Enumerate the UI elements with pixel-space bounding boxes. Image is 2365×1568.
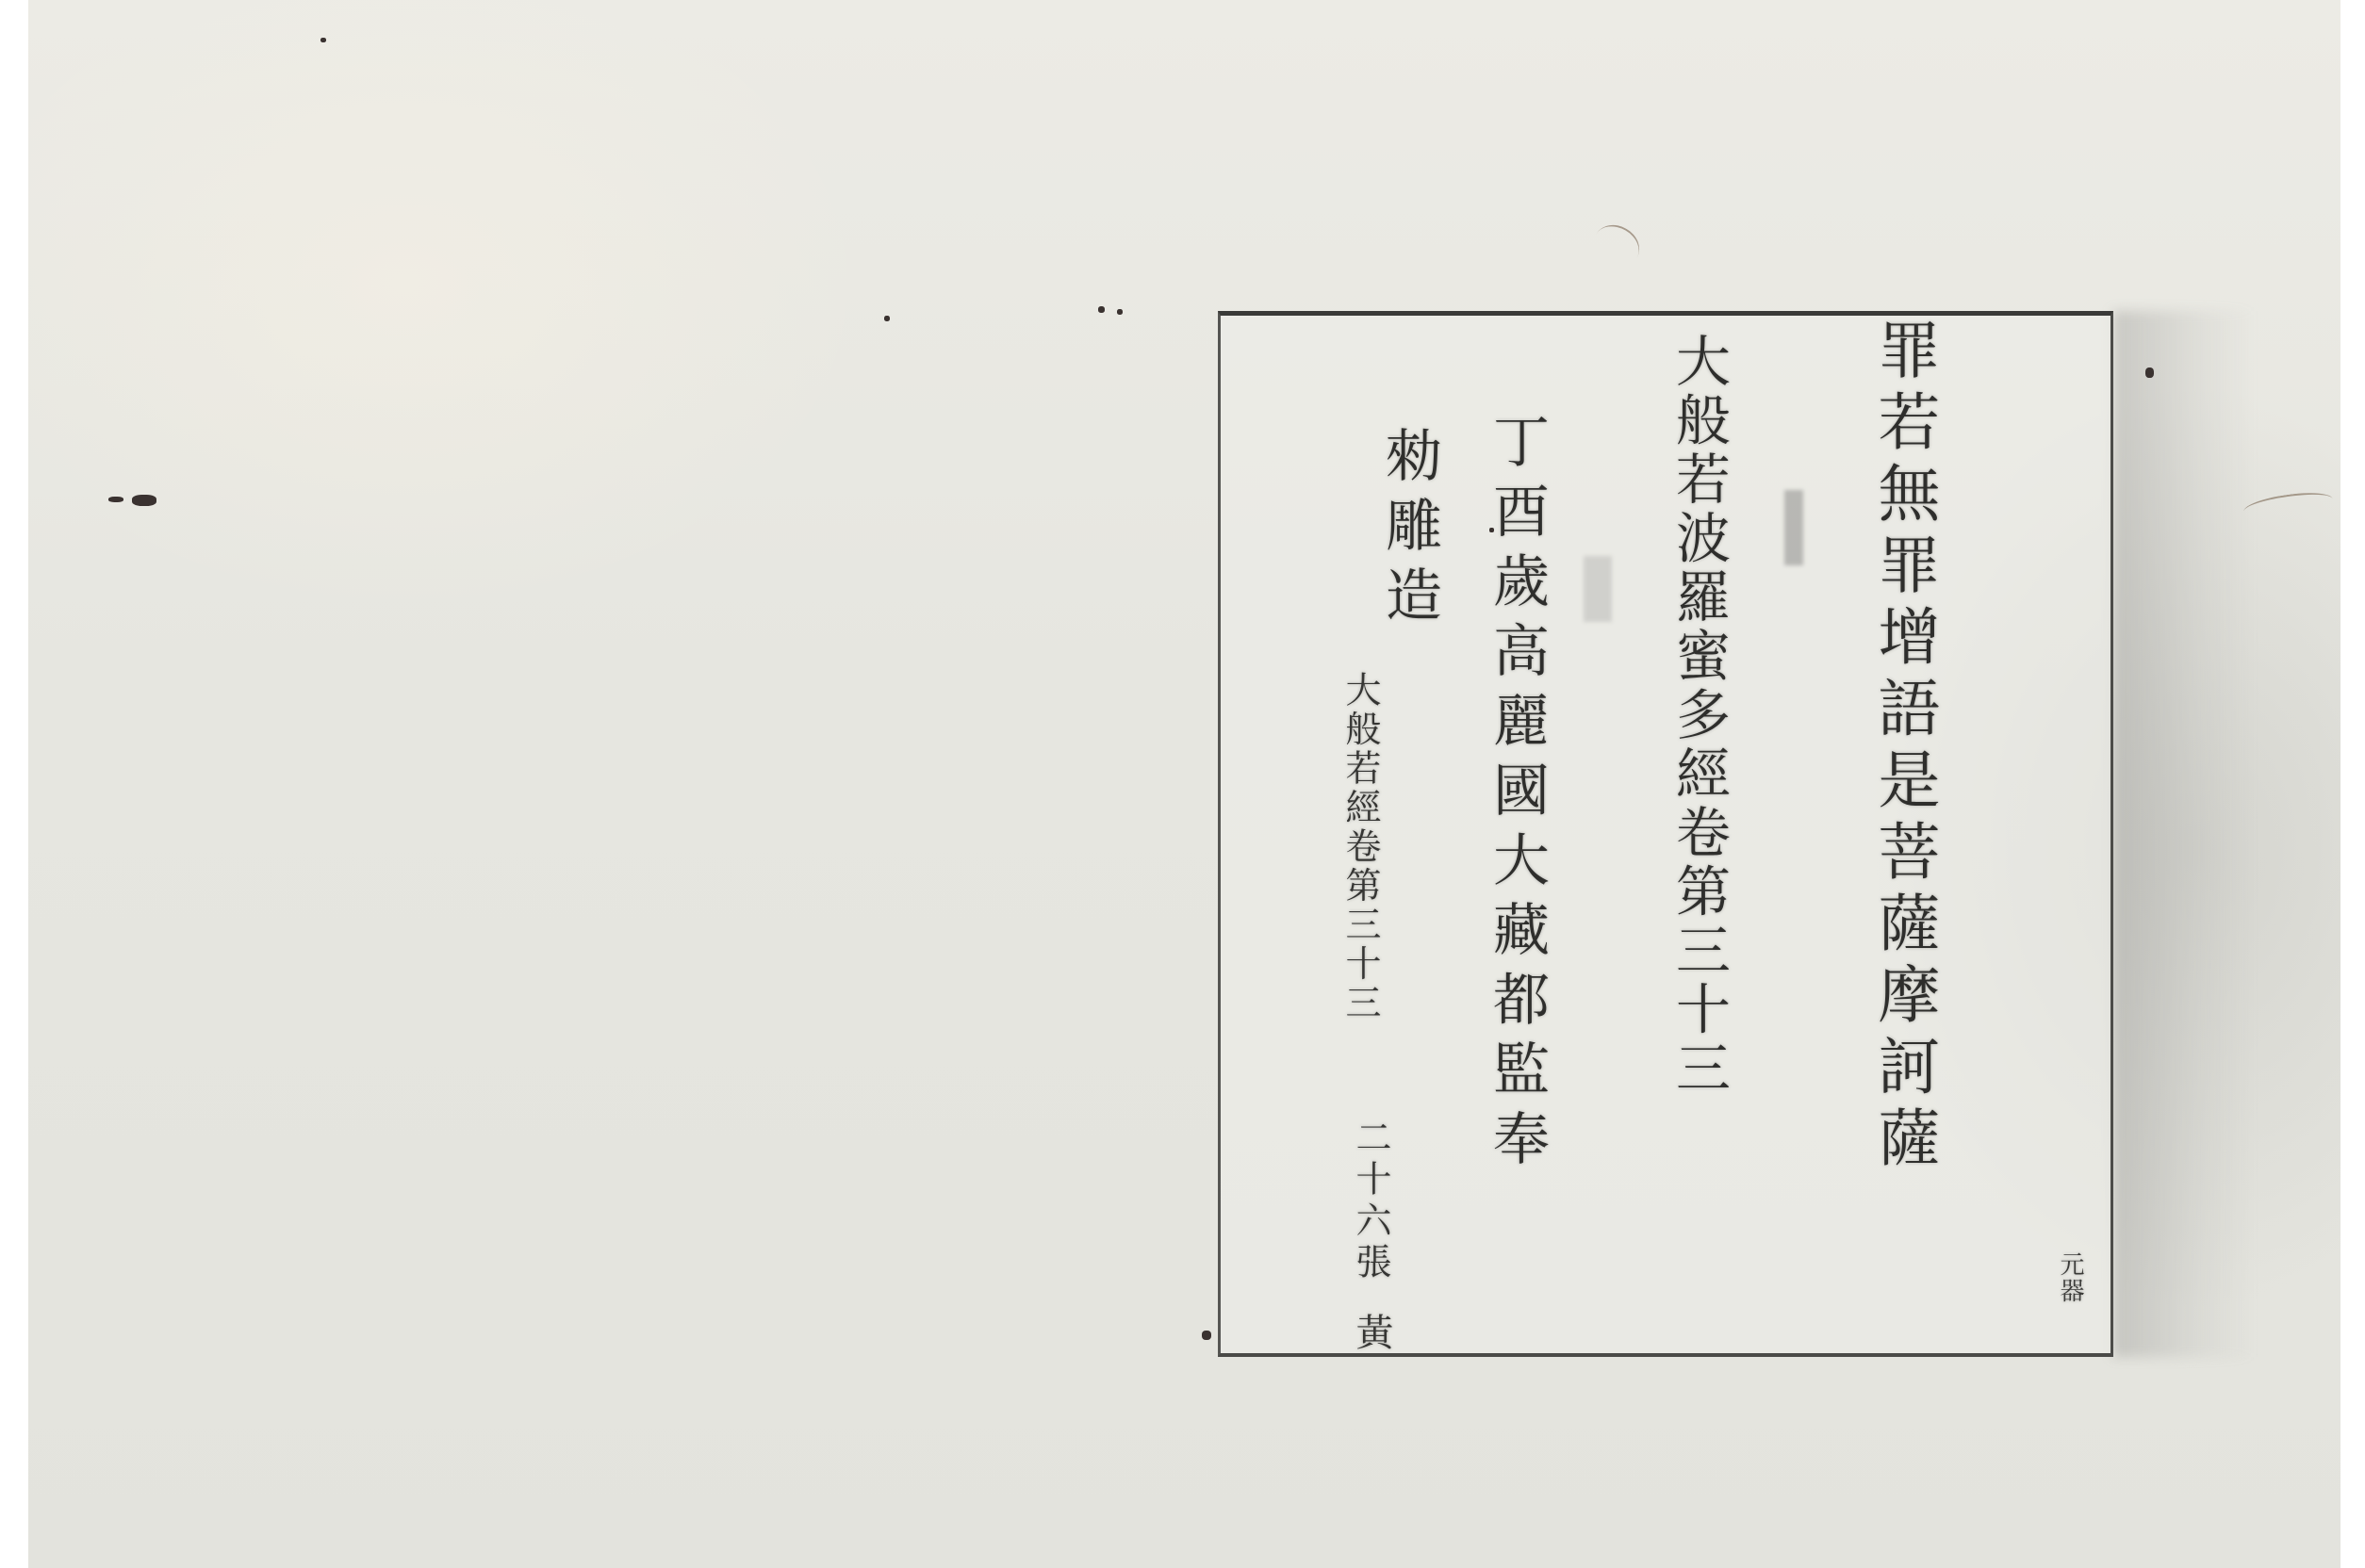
text-column-colophon-1: 丁酉歲高麗國大藏都監奉 [1476,412,1557,1179]
margin-title: 大般若經卷第三十三 [1335,671,1387,1023]
paper-speck [1098,306,1105,313]
ink-smudge [1784,490,1803,565]
carver-name: 元器 [2053,1251,2088,1304]
text-column-sutra-title: 大般若波羅蜜多經卷第三十三 [1659,333,1738,1099]
text-column-colophon-2: 勑雕造 [1369,426,1450,635]
text-column-sutra-line: 罪若無罪增語是菩薩摩訶薩 [1859,318,1948,1177]
sheet-number: 二十六張 [1345,1119,1397,1284]
case-mark: 黃 [1345,1313,1399,1350]
ink-rubbing-shadow [2113,311,2255,1357]
ink-smudge [1584,556,1612,622]
paper-speck [320,38,326,42]
paper-speck [1202,1331,1211,1340]
paper-speck [132,495,156,506]
paper-speck [884,316,890,321]
paper-speck [1117,309,1123,315]
paper-speck [108,497,123,502]
paper-speck [1489,528,1494,532]
paper-speck [2145,367,2154,378]
